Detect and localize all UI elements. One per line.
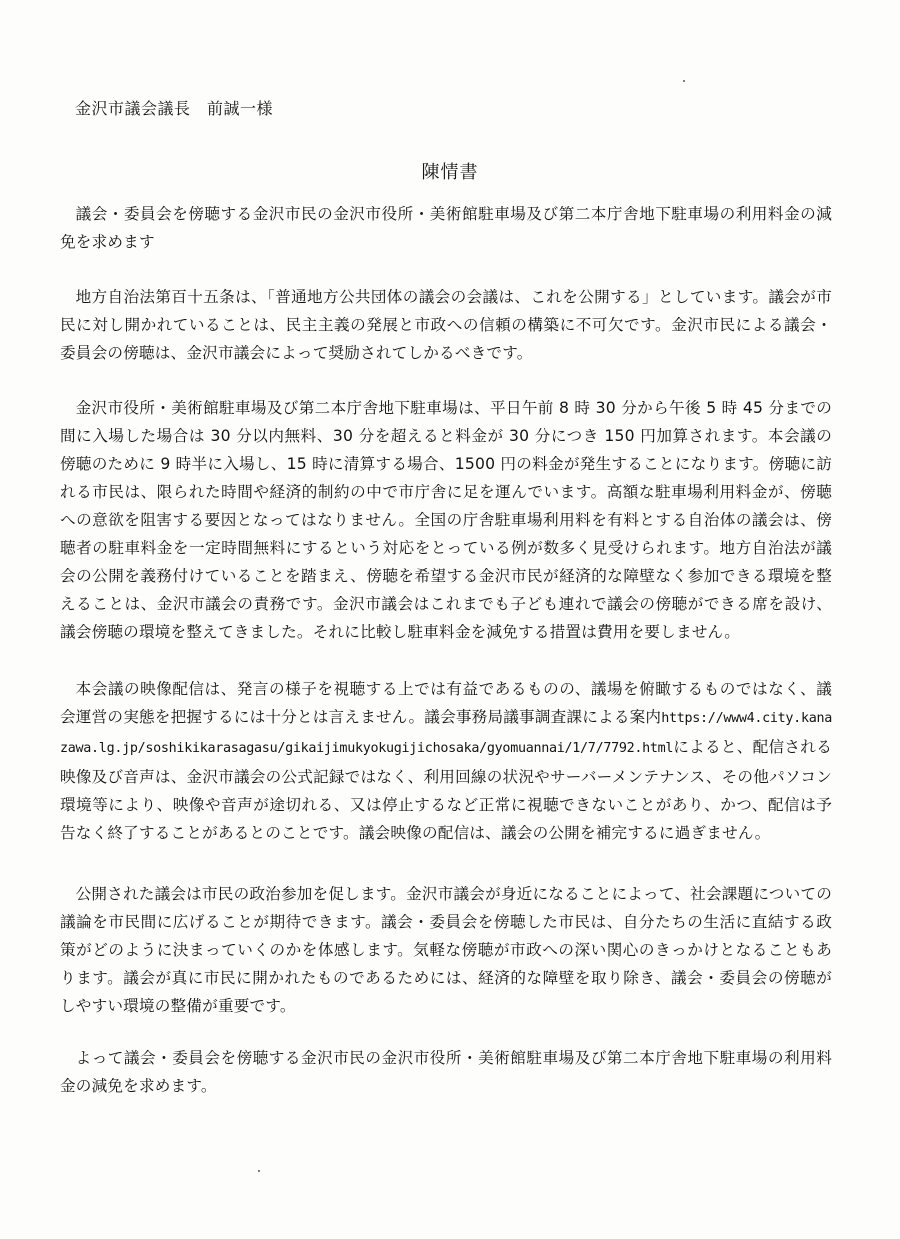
scan-speck [683, 80, 685, 82]
paragraph-video-streaming: 本会議の映像配信は、発言の様子を視聴する上では有益であるものの、議場を俯瞰するも… [60, 675, 832, 847]
subject-paragraph: 議会・委員会を傍聴する金沢市民の金沢市役所・美術館駐車場及び第二本庁舎地下駐車場… [60, 200, 832, 256]
addressee: 金沢市議会議長 前誠一様 [75, 96, 273, 119]
paragraph-open-assembly: 公開された議会は市民の政治参加を促します。金沢市議会が身近になることによって、社… [60, 880, 832, 1020]
scan-speck [258, 1170, 260, 1172]
paragraph-conclusion: よって議会・委員会を傍聴する金沢市民の金沢市役所・美術館駐車場及び第二本庁舎地下… [60, 1044, 832, 1100]
document-page: 金沢市議会議長 前誠一様 陳情書 議会・委員会を傍聴する金沢市民の金沢市役所・美… [0, 0, 900, 1239]
paragraph-local-autonomy-law: 地方自治法第百十五条は、「普通地方公共団体の議会の会議は、これを公開する」として… [60, 283, 832, 367]
paragraph-parking-fees: 金沢市役所・美術館駐車場及び第二本庁舎地下駐車場は、平日午前 8 時 30 分か… [60, 394, 832, 646]
document-title: 陳情書 [0, 158, 900, 184]
